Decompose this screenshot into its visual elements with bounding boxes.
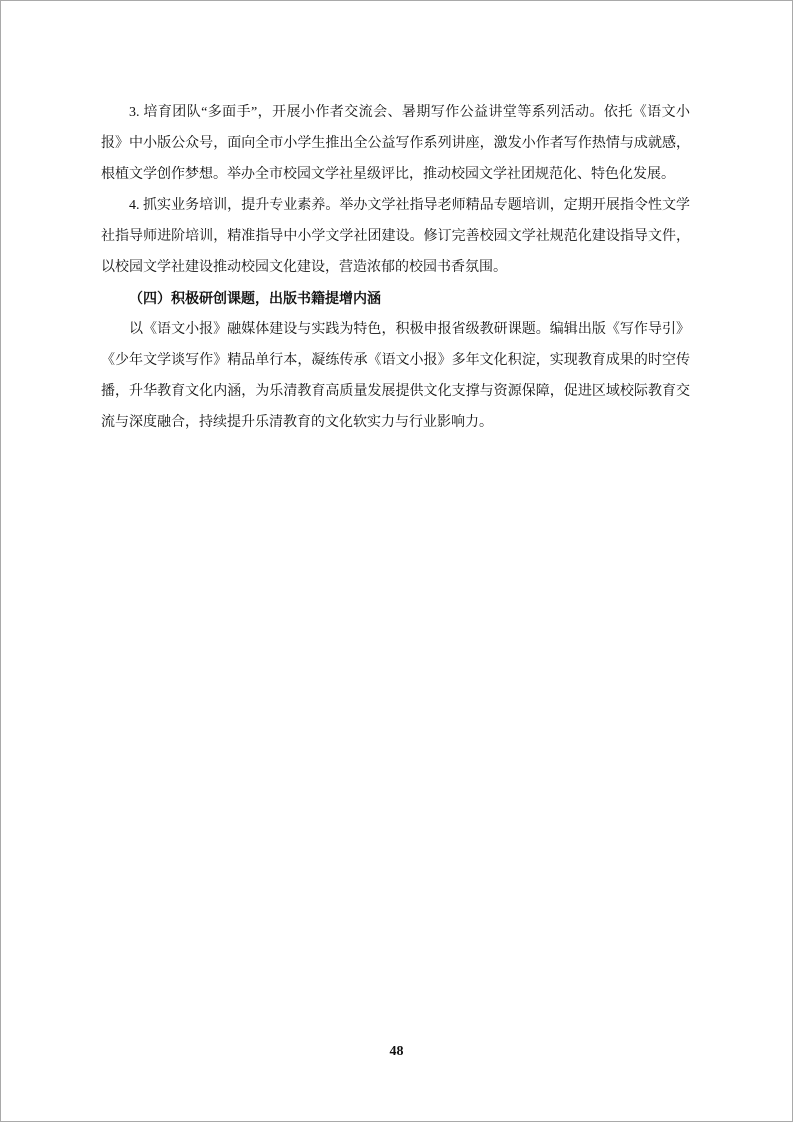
document-page: 3. 培育团队“多面手”，开展小作者交流会、暑期写作公益讲堂等系列活动。依托《语… <box>0 0 793 1122</box>
page-number: 48 <box>1 1043 792 1061</box>
document-content: 3. 培育团队“多面手”，开展小作者交流会、暑期写作公益讲堂等系列活动。依托《语… <box>101 97 690 438</box>
paragraph-professional-training: 4. 抓实业务培训，提升专业素养。举办文学社指导老师精品专题培训，定期开展指令性… <box>101 190 690 283</box>
paragraph-research-publishing: 以《语文小报》融媒体建设与实践为特色，积极申报省级教研课题。编辑出版《写作导引》… <box>101 314 690 438</box>
paragraph-literary-activities: 3. 培育团队“多面手”，开展小作者交流会、暑期写作公益讲堂等系列活动。依托《语… <box>101 97 690 190</box>
section-heading-4: （四）积极研创课题，出版书籍提增内涵 <box>101 283 690 314</box>
